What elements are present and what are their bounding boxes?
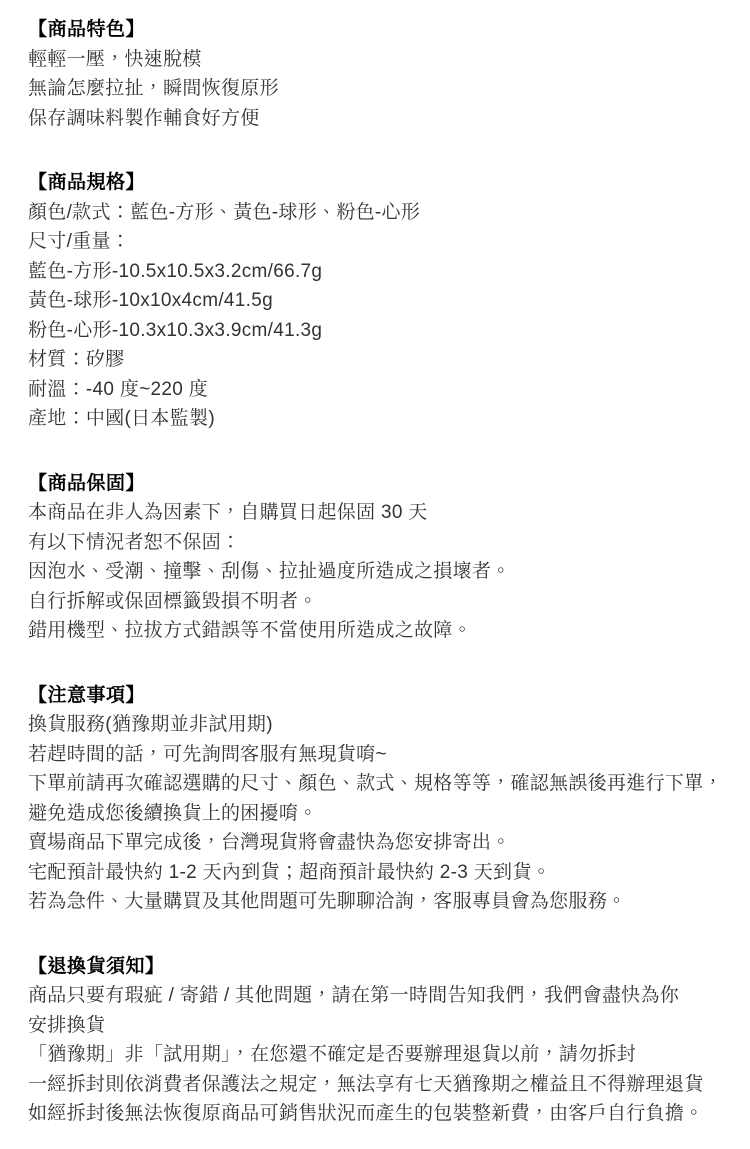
- text-line: 避免造成您後續換貨上的困擾唷。: [28, 799, 724, 829]
- text-line: 尺寸/重量：: [28, 227, 724, 257]
- text-line: 材質：矽膠: [28, 345, 724, 375]
- text-line: 若為急件、大量購買及其他問題可先聊聊洽詢，客服專員會為您服務。: [28, 887, 724, 917]
- text-line: 因泡水、受潮、撞擊、刮傷、拉扯過度所造成之損壞者。: [28, 557, 724, 587]
- section-heading-notes: 【注意事項】: [28, 681, 724, 711]
- text-line: 顏色/款式：藍色-方形、黃色-球形、粉色-心形: [28, 198, 724, 228]
- section-heading-return-exchange-policy: 【退換貨須知】: [28, 952, 724, 982]
- section-notes: 【注意事項】換貨服務(猶豫期並非試用期)若趕時間的話，可先詢問客服有無現貨唷~下…: [28, 681, 724, 917]
- text-line: 如經拆封後無法恢復原商品可銷售狀況而產生的包裝整新費，由客戶自行負擔。: [28, 1099, 724, 1129]
- text-line: 一經拆封則依消費者保護法之規定，無法享有七天猶豫期之權益且不得辦理退貨: [28, 1070, 724, 1100]
- text-line: 自行拆解或保固標籤毀損不明者。: [28, 587, 724, 617]
- section-product-features: 【商品特色】輕輕一壓，快速脫模無論怎麼拉扯，瞬間恢復原形保存調味料製作輔食好方便: [28, 15, 724, 133]
- section-heading-product-warranty: 【商品保固】: [28, 469, 724, 499]
- text-line: 藍色-方形-10.5x10.5x3.2cm/66.7g: [28, 257, 724, 287]
- text-line: 輕輕一壓，快速脫模: [28, 45, 724, 75]
- text-line: 商品只要有瑕疵 / 寄錯 / 其他問題，請在第一時間告知我們，我們會盡快為你: [28, 981, 724, 1011]
- text-line: 宅配預計最快約 1-2 天內到貨；超商預計最快約 2-3 天到貨。: [28, 858, 724, 888]
- text-line: 無論怎麼拉扯，瞬間恢復原形: [28, 74, 724, 104]
- text-line: 換貨服務(猶豫期並非試用期): [28, 710, 724, 740]
- text-line: 錯用機型、拉拔方式錯誤等不當使用所造成之故障。: [28, 616, 724, 646]
- text-line: 本商品在非人為因素下，自購買日起保固 30 天: [28, 498, 724, 528]
- text-line: 安排換貨: [28, 1011, 724, 1041]
- section-return-exchange-policy: 【退換貨須知】商品只要有瑕疵 / 寄錯 / 其他問題，請在第一時間告知我們，我們…: [28, 952, 724, 1129]
- text-line: 耐溫：-40 度~220 度: [28, 375, 724, 405]
- text-line: 保存調味料製作輔食好方便: [28, 104, 724, 134]
- text-line: 若趕時間的話，可先詢問客服有無現貨唷~: [28, 740, 724, 770]
- section-product-specs: 【商品規格】顏色/款式：藍色-方形、黃色-球形、粉色-心形尺寸/重量：藍色-方形…: [28, 168, 724, 434]
- text-line: 下單前請再次確認選購的尺寸、顏色、款式、規格等等，確認無誤後再進行下單，: [28, 769, 724, 799]
- text-line: 「猶豫期」非「試用期」，在您還不確定是否要辦理退貨以前，請勿拆封: [28, 1040, 724, 1070]
- text-line: 產地：中國(日本監製): [28, 404, 724, 434]
- product-description: 【商品特色】輕輕一壓，快速脫模無論怎麼拉扯，瞬間恢復原形保存調味料製作輔食好方便…: [0, 0, 750, 1149]
- sections-container: 【商品特色】輕輕一壓，快速脫模無論怎麼拉扯，瞬間恢復原形保存調味料製作輔食好方便…: [28, 15, 724, 1129]
- section-heading-product-features: 【商品特色】: [28, 15, 724, 45]
- text-line: 黃色-球形-10x10x4cm/41.5g: [28, 286, 724, 316]
- section-product-warranty: 【商品保固】本商品在非人為因素下，自購買日起保固 30 天有以下情況者恕不保固：…: [28, 469, 724, 646]
- text-line: 有以下情況者恕不保固：: [28, 528, 724, 558]
- text-line: 粉色-心形-10.3x10.3x3.9cm/41.3g: [28, 316, 724, 346]
- text-line: 賣場商品下單完成後，台灣現貨將會盡快為您安排寄出。: [28, 828, 724, 858]
- section-heading-product-specs: 【商品規格】: [28, 168, 724, 198]
